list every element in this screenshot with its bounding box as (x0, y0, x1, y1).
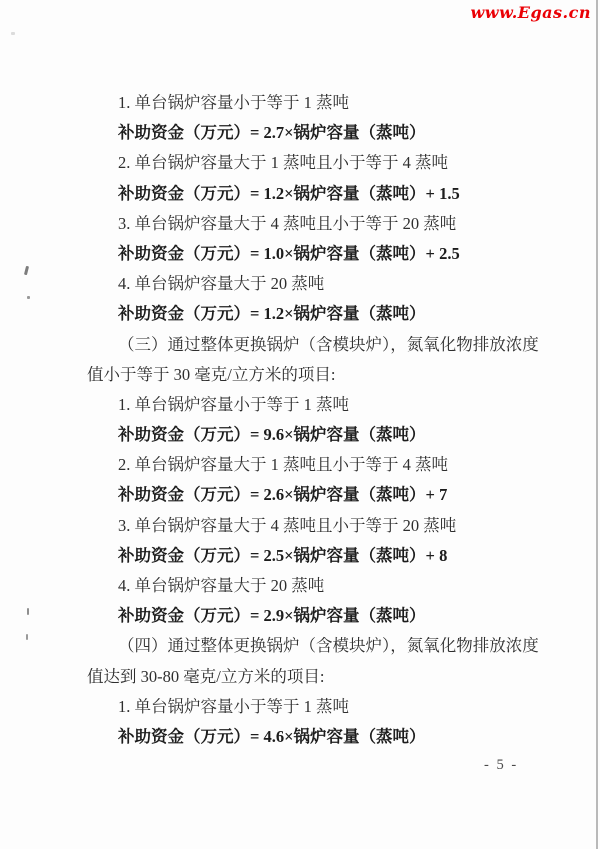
page-number: - 5 - (484, 757, 518, 774)
doc-line-formula: 补助资金（万元）= 2.5×锅炉容量（蒸吨）+ 8 (87, 541, 600, 571)
doc-line-formula: 补助资金（万元）= 9.6×锅炉容量（蒸吨） (87, 420, 600, 450)
scan-speck (26, 634, 28, 640)
doc-line-formula: 补助资金（万元）= 2.7×锅炉容量（蒸吨） (87, 118, 600, 148)
doc-line: 值达到 30-80 毫克/立方米的项目: (87, 662, 600, 692)
document-page: www.Egas.cn 1. 单台锅炉容量小于等于 1 蒸吨 补助资金（万元）=… (0, 0, 600, 849)
watermark-url-text: www.Egas.cn (471, 3, 591, 22)
doc-line: 2. 单台锅炉容量大于 1 蒸吨且小于等于 4 蒸吨 (87, 148, 600, 178)
doc-line: 2. 单台锅炉容量大于 1 蒸吨且小于等于 4 蒸吨 (87, 450, 600, 480)
doc-line-section: （三）通过整体更换锅炉（含模块炉），氮氧化物排放浓度 (87, 330, 600, 360)
doc-line-formula: 补助资金（万元）= 1.2×锅炉容量（蒸吨） (87, 299, 600, 329)
doc-line-formula: 补助资金（万元）= 2.9×锅炉容量（蒸吨） (87, 601, 600, 631)
doc-line-formula: 补助资金（万元）= 1.2×锅炉容量（蒸吨）+ 1.5 (87, 179, 600, 209)
doc-line-section: （四）通过整体更换锅炉（含模块炉），氮氧化物排放浓度 (87, 631, 600, 661)
scan-speck (24, 266, 29, 275)
doc-line: 1. 单台锅炉容量小于等于 1 蒸吨 (87, 88, 600, 118)
doc-line-formula: 补助资金（万元）= 2.6×锅炉容量（蒸吨）+ 7 (87, 480, 600, 510)
doc-line: 4. 单台锅炉容量大于 20 蒸吨 (87, 571, 600, 601)
scan-speck (27, 608, 29, 615)
document-body: 1. 单台锅炉容量小于等于 1 蒸吨 补助资金（万元）= 2.7×锅炉容量（蒸吨… (87, 88, 600, 752)
doc-line: 1. 单台锅炉容量小于等于 1 蒸吨 (87, 692, 600, 722)
doc-line-formula: 补助资金（万元）= 1.0×锅炉容量（蒸吨）+ 2.5 (87, 239, 600, 269)
scan-speck (11, 32, 15, 35)
doc-line: 值小于等于 30 毫克/立方米的项目: (87, 360, 600, 390)
scan-edge-artifact (596, 0, 598, 849)
doc-line: 3. 单台锅炉容量大于 4 蒸吨且小于等于 20 蒸吨 (87, 511, 600, 541)
doc-line-formula: 补助资金（万元）= 4.6×锅炉容量（蒸吨） (87, 722, 600, 752)
doc-line: 3. 单台锅炉容量大于 4 蒸吨且小于等于 20 蒸吨 (87, 209, 600, 239)
doc-line: 1. 单台锅炉容量小于等于 1 蒸吨 (87, 390, 600, 420)
doc-line: 4. 单台锅炉容量大于 20 蒸吨 (87, 269, 600, 299)
scan-speck (27, 296, 30, 299)
